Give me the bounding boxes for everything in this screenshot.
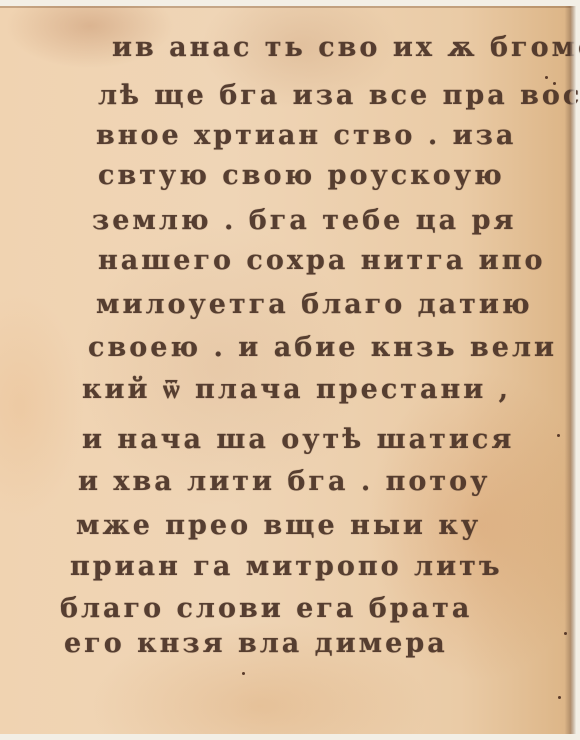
ink-speck <box>557 434 560 437</box>
manuscript-line-3: вное хртиан ство . иза <box>96 120 516 151</box>
manuscript-line-10: и нача ша оутѣ шатися <box>82 424 514 455</box>
manuscript-line-1: ив анас ть сво их ѫ бгомо <box>112 32 580 63</box>
manuscript-line-7: милоуетга благо датию <box>96 289 533 320</box>
ink-speck <box>545 76 548 79</box>
manuscript-line-11: и хва лити бга . потоу <box>78 466 490 497</box>
manuscript-line-5: землю . бга тебе ца ря <box>92 205 516 236</box>
manuscript-line-12: мже прео вще ныи ку <box>76 510 481 541</box>
ink-speck <box>553 82 556 85</box>
manuscript-line-2: лѣ ще бга иза все пра восла <box>98 80 580 111</box>
ink-speck <box>564 632 567 635</box>
ink-speck <box>558 696 561 699</box>
manuscript-line-14: благо слови ега брата <box>60 593 472 624</box>
manuscript-line-6: нашего сохра нитга ипо <box>98 245 545 276</box>
manuscript-line-15: его кнзя вла димера <box>64 628 448 659</box>
ink-speck <box>242 672 245 675</box>
manuscript-line-9: кий ѿ плача престани , <box>82 374 511 405</box>
manuscript-page: ив анас ть сво их ѫ бгомо лѣ ще бга иза … <box>0 6 576 734</box>
manuscript-line-13: приан га митропо литъ <box>70 551 503 582</box>
manuscript-line-8: своею . и абие кнзь вели <box>88 332 557 363</box>
manuscript-line-4: свтую свою роускоую <box>98 160 505 191</box>
